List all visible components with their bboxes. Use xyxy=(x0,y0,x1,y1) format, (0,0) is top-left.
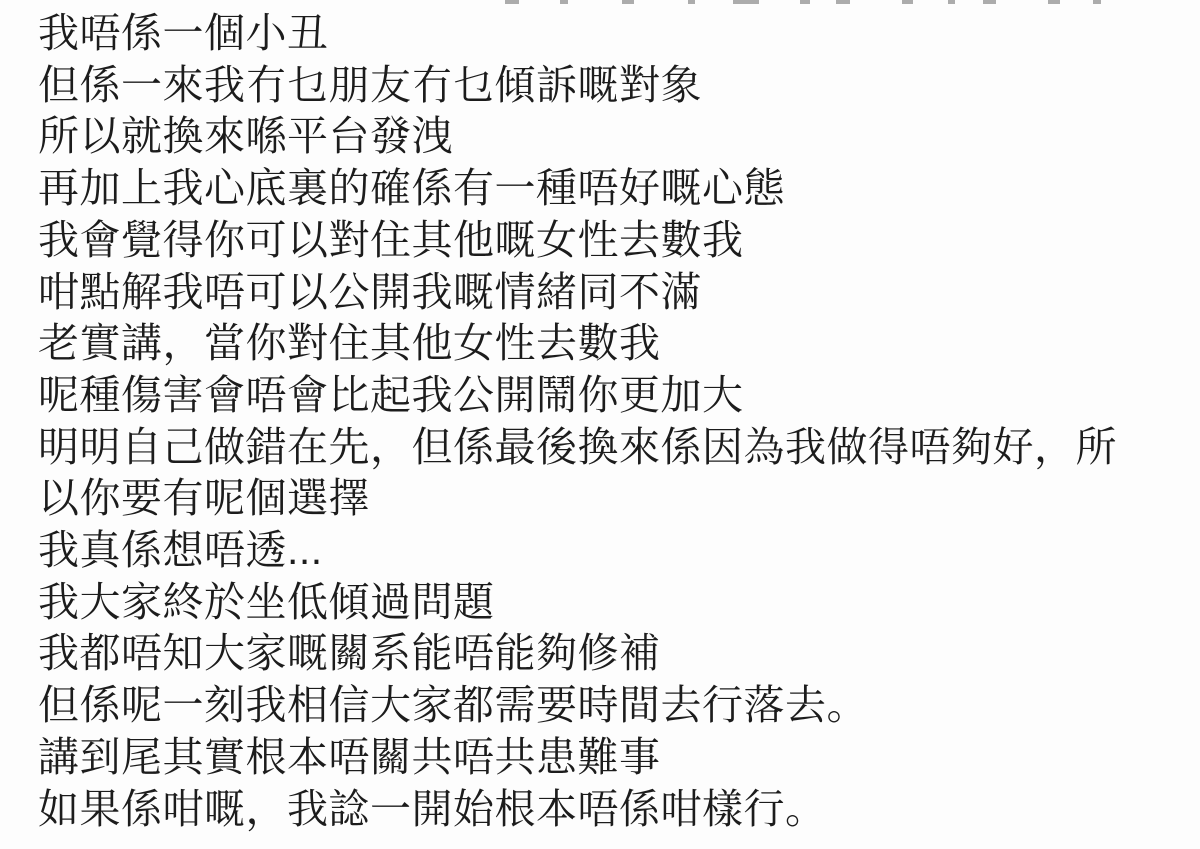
text-line: 再加上我心底裏的確係有一種唔好嘅心態 xyxy=(38,163,1190,215)
text-line: 呢種傷害會唔會比起我公開鬧你更加大 xyxy=(38,370,1190,422)
text-line: 明明自己做錯在先，但係最後換來係因為我做得唔夠好，所 xyxy=(38,422,1190,474)
text-line: 我真係想唔透... xyxy=(38,525,1190,577)
text-line: 所以就換來喺平台發洩 xyxy=(38,111,1190,163)
text-line: 但係一來我冇乜朋友冇乜傾訴嘅對象 xyxy=(38,60,1190,112)
text-line: 我唔係一個小丑 xyxy=(38,8,1190,60)
text-line: 講到尾其實根本唔關共唔共患難事 xyxy=(38,732,1190,784)
text-line: 我都唔知大家嘅關系能唔能夠修補 xyxy=(38,628,1190,680)
text-line: 我大家終於坐低傾過問題 xyxy=(38,577,1190,629)
text-line: 但係呢一刻我相信大家都需要時間去行落去。 xyxy=(38,680,1190,732)
text-body: 我唔係一個小丑 但係一來我冇乜朋友冇乜傾訴嘅對象 所以就換來喺平台發洩 再加上我… xyxy=(38,8,1190,835)
text-line: 如果係咁嘅，我諗一開始根本唔係咁樣行。 xyxy=(38,784,1190,836)
text-line: 老實講，當你對住其他女性去數我 xyxy=(38,318,1190,370)
text-line: 以你要有呢個選擇 xyxy=(38,473,1190,525)
cropped-text-line-remnants xyxy=(0,0,1200,6)
text-line: 咁點解我唔可以公開我嘅情緒同不滿 xyxy=(38,267,1190,319)
text-line: 我會覺得你可以對住其他嘅女性去數我 xyxy=(38,215,1190,267)
text-post-image: 我唔係一個小丑 但係一來我冇乜朋友冇乜傾訴嘅對象 所以就換來喺平台發洩 再加上我… xyxy=(0,0,1200,849)
